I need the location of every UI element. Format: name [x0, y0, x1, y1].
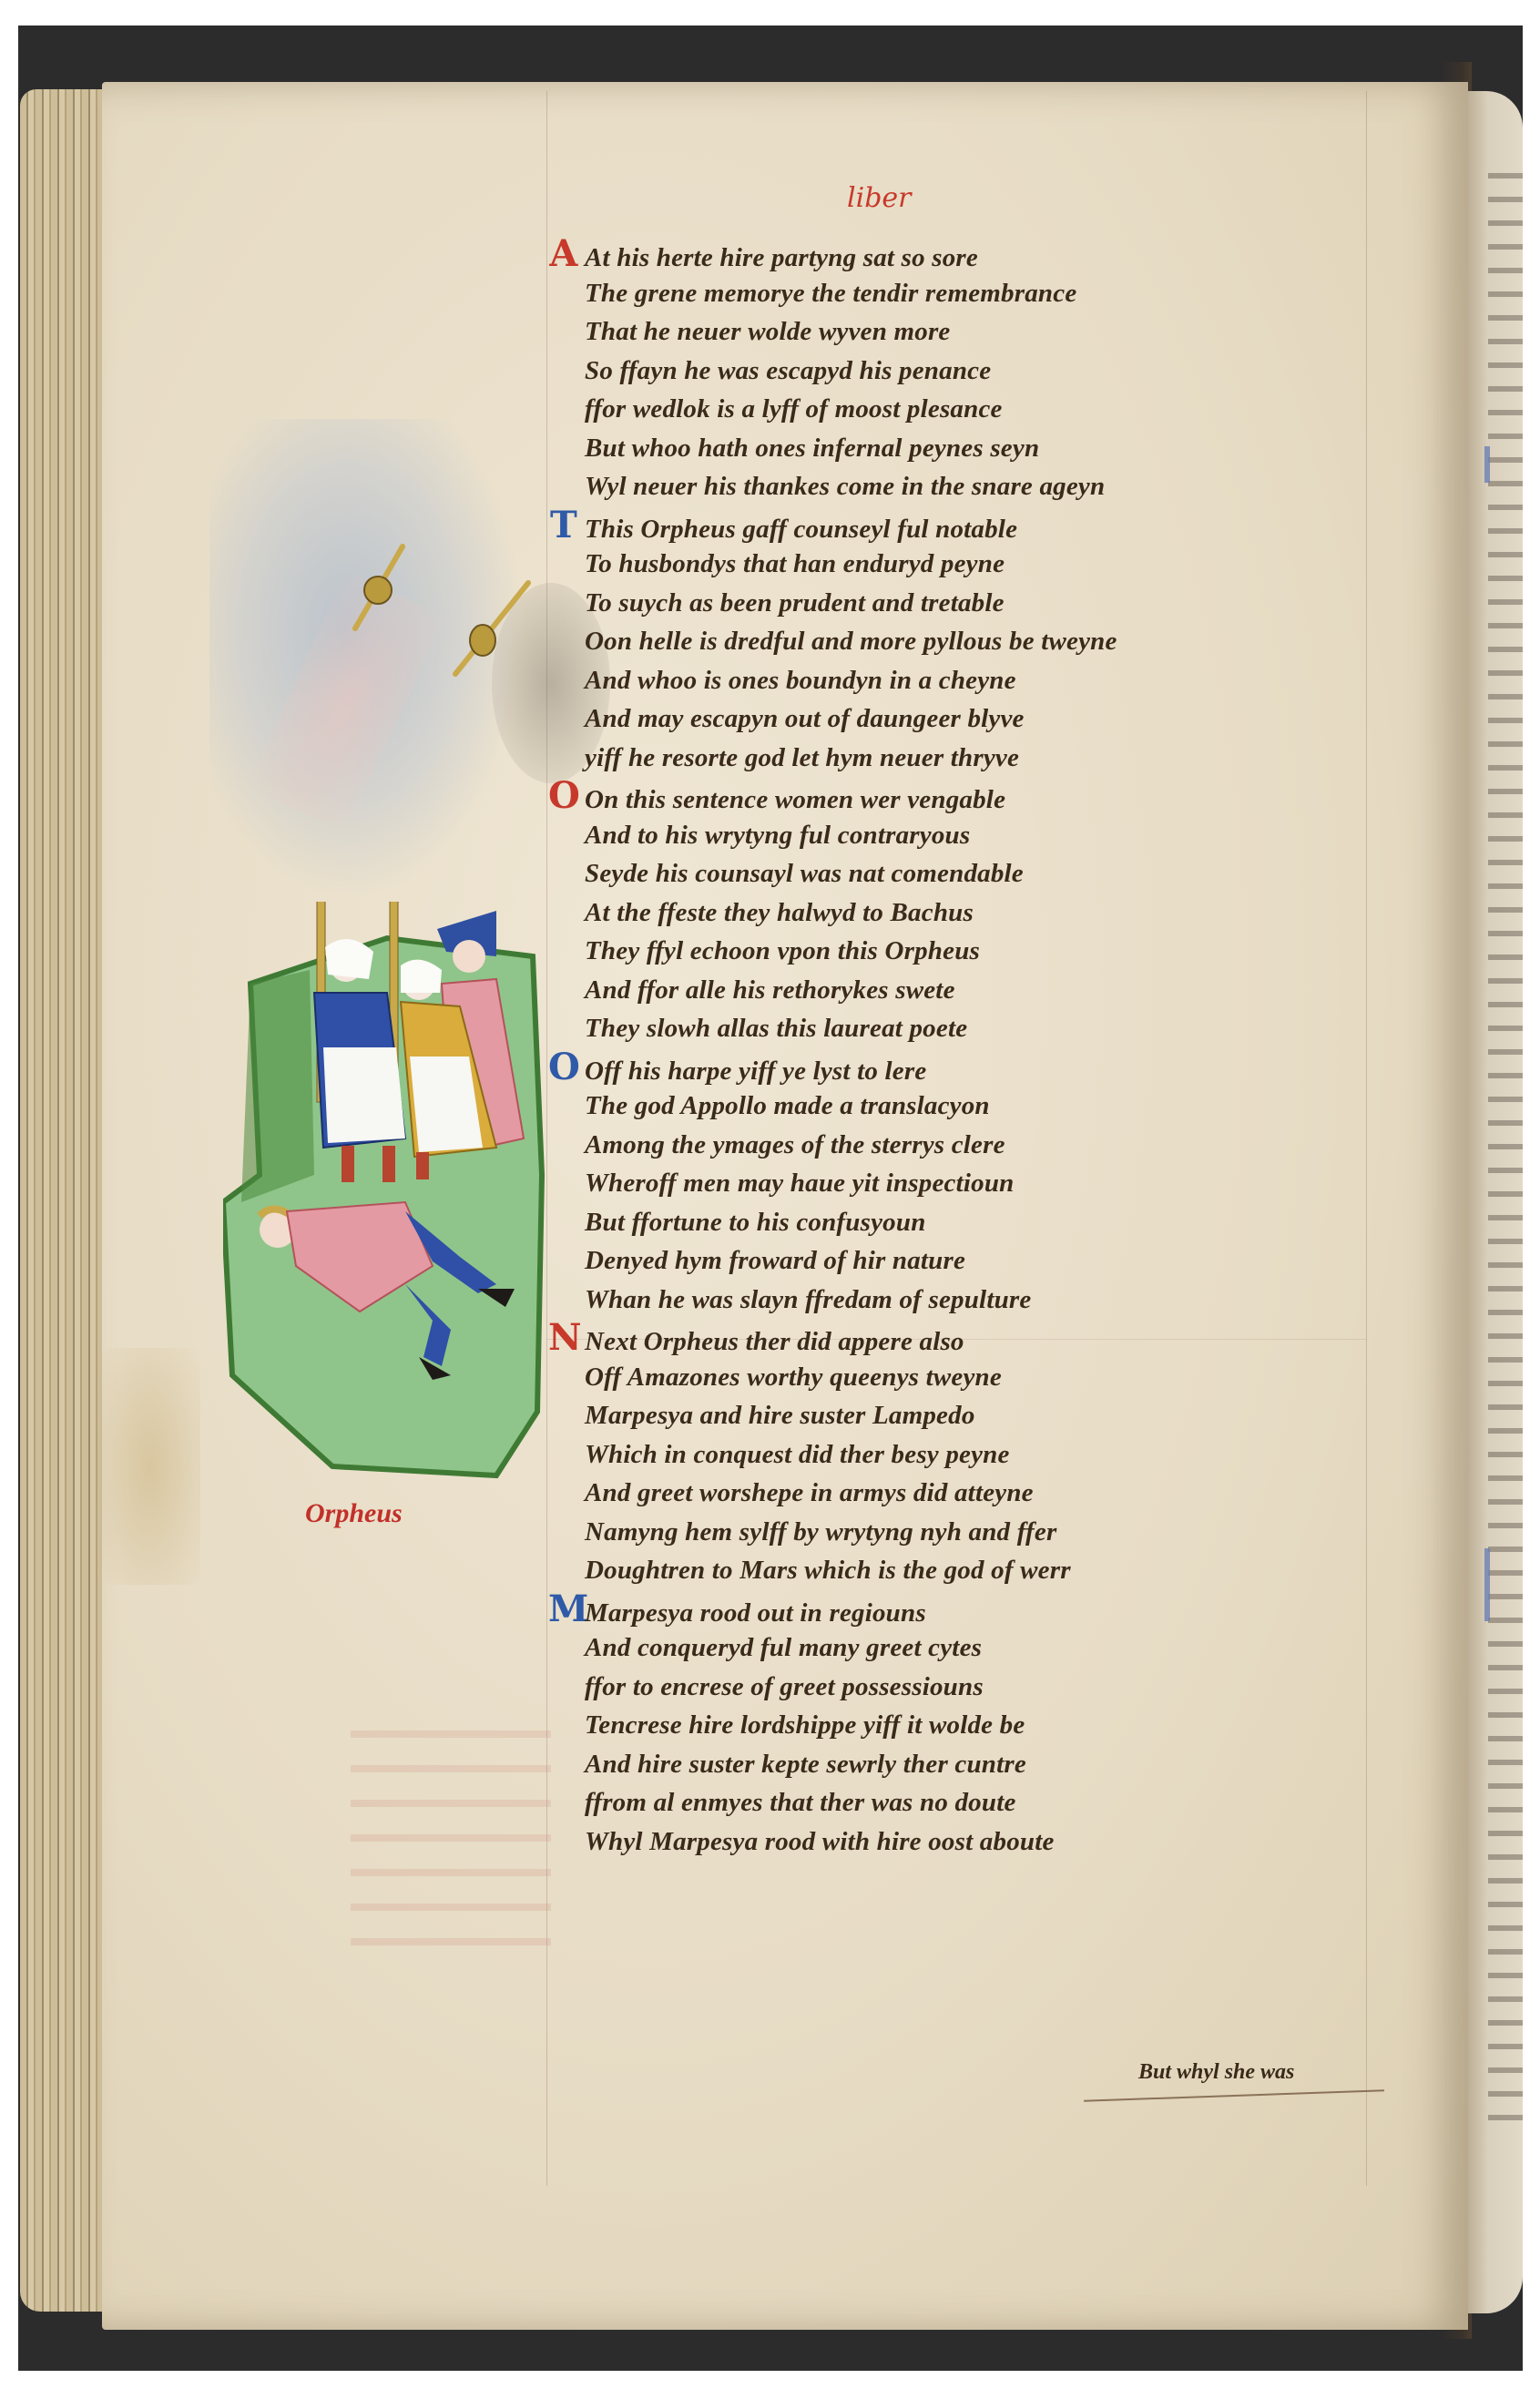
blue-initial-M: M [548, 1590, 579, 1629]
verse-line: And to his wrytyng ful contraryous [548, 816, 1368, 855]
verse-line: OOff his harpe yiff ye lyst to lere [548, 1048, 1368, 1087]
blue-initial-T: T [548, 506, 579, 546]
red-initial-O: O [548, 777, 579, 816]
verse-line: To suych as been prudent and tretable [548, 584, 1368, 623]
verse-line: And conqueryd ful many greet cytes [548, 1628, 1368, 1668]
verse-line: ffrom al enmyes that ther was no doute [548, 1783, 1368, 1822]
verse-line: The god Appollo made a translacyon [548, 1087, 1368, 1126]
verse-line: Doughtren to Mars which is the god of we… [548, 1551, 1368, 1590]
verse-line: But whoo hath ones infernal peynes seyn [548, 429, 1368, 468]
verse-line: TThis Orpheus gaff counseyl ful notable [548, 506, 1368, 546]
facing-page-blue-initial [1484, 1548, 1490, 1621]
verse-line: Wheroff men may haue yit inspectioun [548, 1164, 1368, 1203]
repair-patch [100, 1348, 200, 1585]
verse-line: To husbondys that han enduryd peyne [548, 545, 1368, 584]
verse-line: AAt his herte hire partyng sat so sore [548, 235, 1368, 274]
verse-text: AAt his herte hire partyng sat so sore T… [548, 235, 1368, 1861]
verse-line: At the ffeste they halwyd to Bachus [548, 893, 1368, 933]
miniature-caption: Orpheus [305, 1498, 403, 1529]
verse-line: yiff he resorte god let hym neuer thryve [548, 739, 1368, 778]
verse-line: Seyde his counsayl was nat comendable [548, 854, 1368, 893]
blue-initial-O: O [548, 1048, 579, 1087]
verse-line: But ffortune to his confusyoun [548, 1203, 1368, 1242]
running-head: liber [847, 182, 912, 214]
verse-line: And may escapyn out of daungeer blyve [548, 699, 1368, 739]
verse-line: That he neuer wolde wyven more [548, 312, 1368, 352]
verse-line: Namyng hem sylff by wrytyng nyh and ffer [548, 1513, 1368, 1552]
verse-line: And ffor alle his rethorykes swete [548, 971, 1368, 1010]
verse-line: Marpesya and hire suster Lampedo [548, 1396, 1368, 1435]
verse-line: NNext Orpheus ther did appere also [548, 1319, 1368, 1358]
verse-line: So ffayn he was escapyd his penance [548, 352, 1368, 391]
verse-line: And hire suster kepte sewrly ther cuntre [548, 1745, 1368, 1784]
orpheus-miniature [223, 902, 546, 1485]
verse-line: Denyed hym froward of hir nature [548, 1241, 1368, 1281]
verse-line: Off Amazones worthy queenys tweyne [548, 1358, 1368, 1397]
verse-line: Tencrese hire lordshippe yiff it wolde b… [548, 1706, 1368, 1745]
verse-line: Oon helle is dredful and more pyllous be… [548, 622, 1368, 661]
verse-line: And greet worshepe in armys did atteyne [548, 1474, 1368, 1513]
verse-line: And whoo is ones boundyn in a cheyne [548, 661, 1368, 700]
page-stack-edges [20, 89, 104, 2312]
verse-line: MMarpesya rood out in regiouns [548, 1590, 1368, 1629]
facing-page-text [1488, 173, 1523, 2131]
verse-line: Whyl Marpesya rood with hire oost aboute [548, 1822, 1368, 1862]
red-initial-A: A [548, 235, 579, 274]
facing-page-blue-initial [1484, 446, 1490, 483]
verse-line: ffor wedlok is a lyff of moost plesance [548, 390, 1368, 429]
verse-line: Among the ymages of the sterrys clere [548, 1126, 1368, 1165]
verse-line: They ffyl echoon vpon this Orpheus [548, 932, 1368, 971]
verse-line: Which in conquest did ther besy peyne [548, 1435, 1368, 1475]
faded-marginal-notes [351, 1730, 551, 1949]
verse-line: Whan he was slayn ffredam of sepulture [548, 1281, 1368, 1320]
verse-line: They slowh allas this laureat poete [548, 1009, 1368, 1048]
flying-spindles-icon [337, 510, 546, 692]
verse-line: Wyl neuer his thankes come in the snare … [548, 467, 1368, 506]
verse-line: OOn this sentence women wer vengable [548, 777, 1368, 816]
red-initial-N: N [548, 1319, 579, 1358]
facing-page-edge [1464, 91, 1523, 2313]
catchword: But whyl she was [1138, 2060, 1294, 2085]
verse-line: ffor to encrese of greet possessiouns [548, 1668, 1368, 1707]
verse-line: The grene memorye the tendir remembrance [548, 274, 1368, 313]
